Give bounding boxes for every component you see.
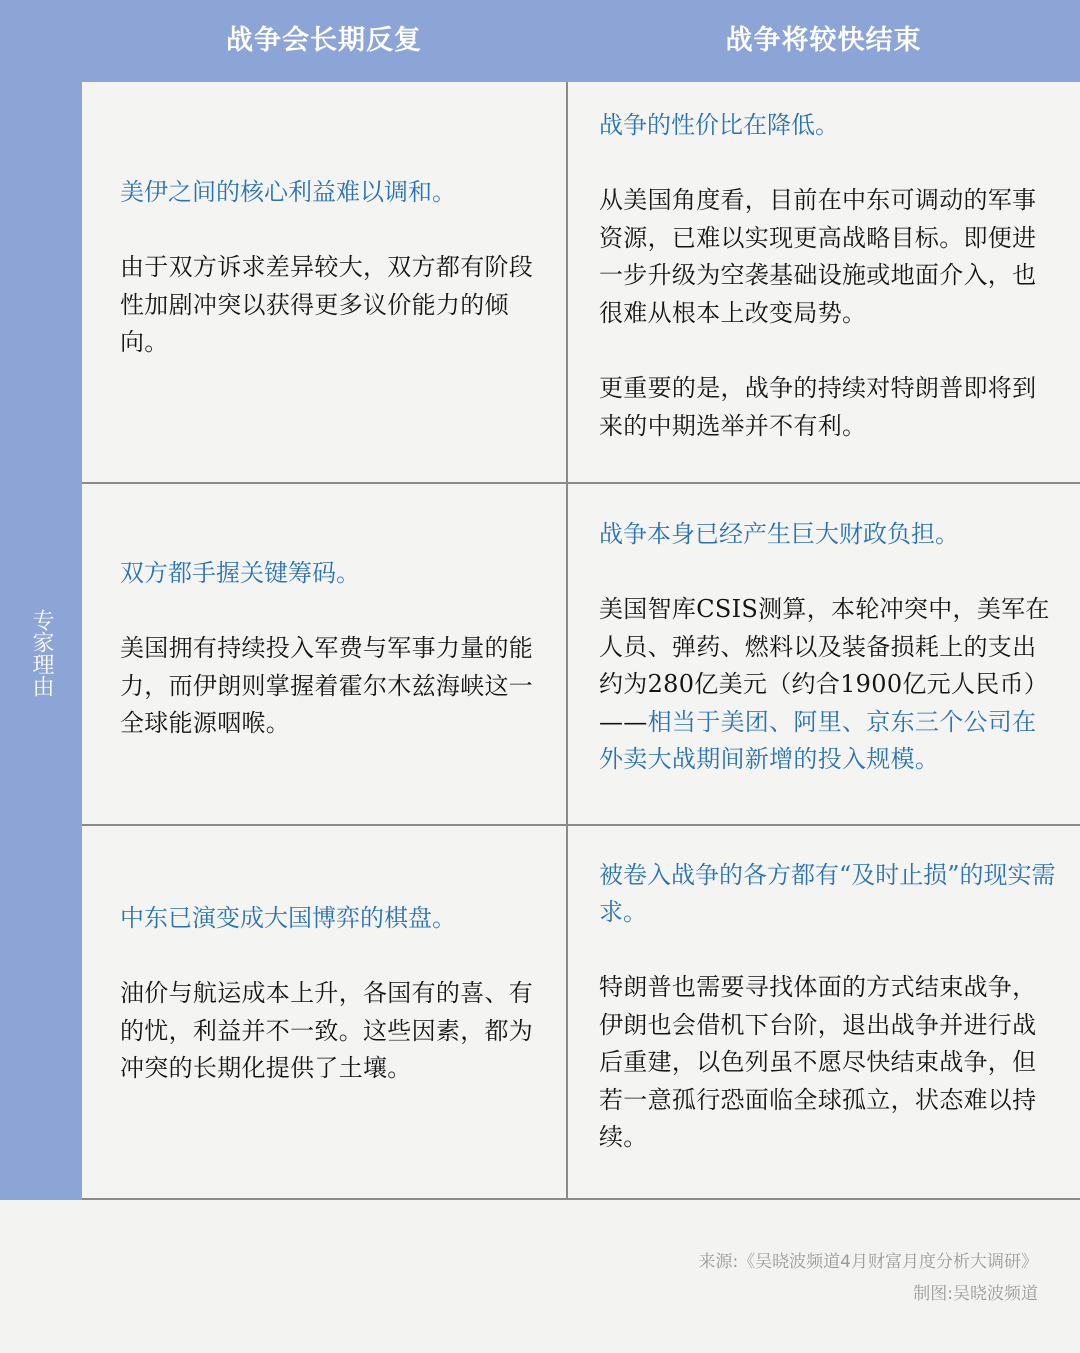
cell-title: 双方都手握关键筹码。: [120, 555, 550, 592]
side-label-bar: 专家理由: [0, 82, 82, 1200]
cell-body: 从美国角度看，目前在中东可调动的军事资源，已难以实现更高战略目标。即便进一步升级…: [599, 182, 1059, 332]
row-divider: [82, 1198, 1080, 1200]
cell-title: 战争的性价比在降低。: [599, 107, 1059, 144]
cell-body: 美国智库CSIS测算，本轮冲突中，美军在人员、弹药、燃料以及装备损耗上的支出约为…: [599, 591, 1059, 779]
side-label-expert-reasons: 专家理由: [0, 588, 82, 718]
column-header-short-war: 战争将较快结束: [567, 0, 1080, 82]
table-header: 战争会长期反复 战争将较快结束: [0, 0, 1080, 82]
cell-row2-left: 双方都手握关键筹码。 美国拥有持续投入军费与军事力量的能力，而伊朗则掌握着霍尔木…: [120, 555, 550, 743]
cell-row3-left: 中东已演变成大国博弈的棋盘。 油价与航运成本上升，各国有的喜、有的忧，利益并不一…: [120, 900, 550, 1088]
cell-body: 特朗普也需要寻找体面的方式结束战争，伊朗也会借机下台阶，退出战争并进行战后重建，…: [599, 969, 1059, 1157]
cell-title: 战争本身已经产生巨大财政负担。: [599, 516, 1059, 553]
column-divider: [566, 82, 568, 1200]
column-header-long-war: 战争会长期反复: [82, 0, 566, 82]
cell-body: 美国拥有持续投入军费与军事力量的能力，而伊朗则掌握着霍尔木兹海峡这一全球能源咽喉…: [120, 630, 550, 743]
row-divider: [82, 824, 1080, 826]
row-divider: [82, 482, 1080, 484]
cell-title: 美伊之间的核心利益难以调和。: [120, 174, 550, 211]
cell-body-2: 更重要的是，战争的持续对特朗普即将到来的中期选举并不有利。: [599, 370, 1059, 445]
cell-body-highlight: 相当于美团、阿里、京东三个公司在外卖大战期间新增的投入规模。: [599, 708, 1036, 774]
cell-body: 油价与航运成本上升，各国有的喜、有的忧，利益并不一致。这些因素，都为冲突的长期化…: [120, 975, 550, 1088]
cell-body: 由于双方诉求差异较大，双方都有阶段性加剧冲突以获得更多议价能力的倾向。: [120, 249, 550, 362]
footer-credits: 来源:《吴晓波频道4月财富月度分析大调研》 制图:吴晓波频道: [698, 1246, 1038, 1310]
cell-row2-right: 战争本身已经产生巨大财政负担。 美国智库CSIS测算，本轮冲突中，美军在人员、弹…: [599, 516, 1059, 779]
cell-row3-right: 被卷入战争的各方都有“及时止损”的现实需求。 特朗普也需要寻找体面的方式结束战争…: [599, 857, 1059, 1157]
cell-title: 被卷入战争的各方都有“及时止损”的现实需求。: [599, 857, 1059, 931]
cell-title: 中东已演变成大国博弈的棋盘。: [120, 900, 550, 937]
cell-row1-left: 美伊之间的核心利益难以调和。 由于双方诉求差异较大，双方都有阶段性加剧冲突以获得…: [120, 174, 550, 362]
comparison-grid: 美伊之间的核心利益难以调和。 由于双方诉求差异较大，双方都有阶段性加剧冲突以获得…: [82, 82, 1080, 1200]
cell-row1-right: 战争的性价比在降低。 从美国角度看，目前在中东可调动的军事资源，已难以实现更高战…: [599, 107, 1059, 445]
source-note: 来源:《吴晓波频道4月财富月度分析大调研》: [698, 1246, 1038, 1278]
chart-credit: 制图:吴晓波频道: [698, 1278, 1038, 1310]
